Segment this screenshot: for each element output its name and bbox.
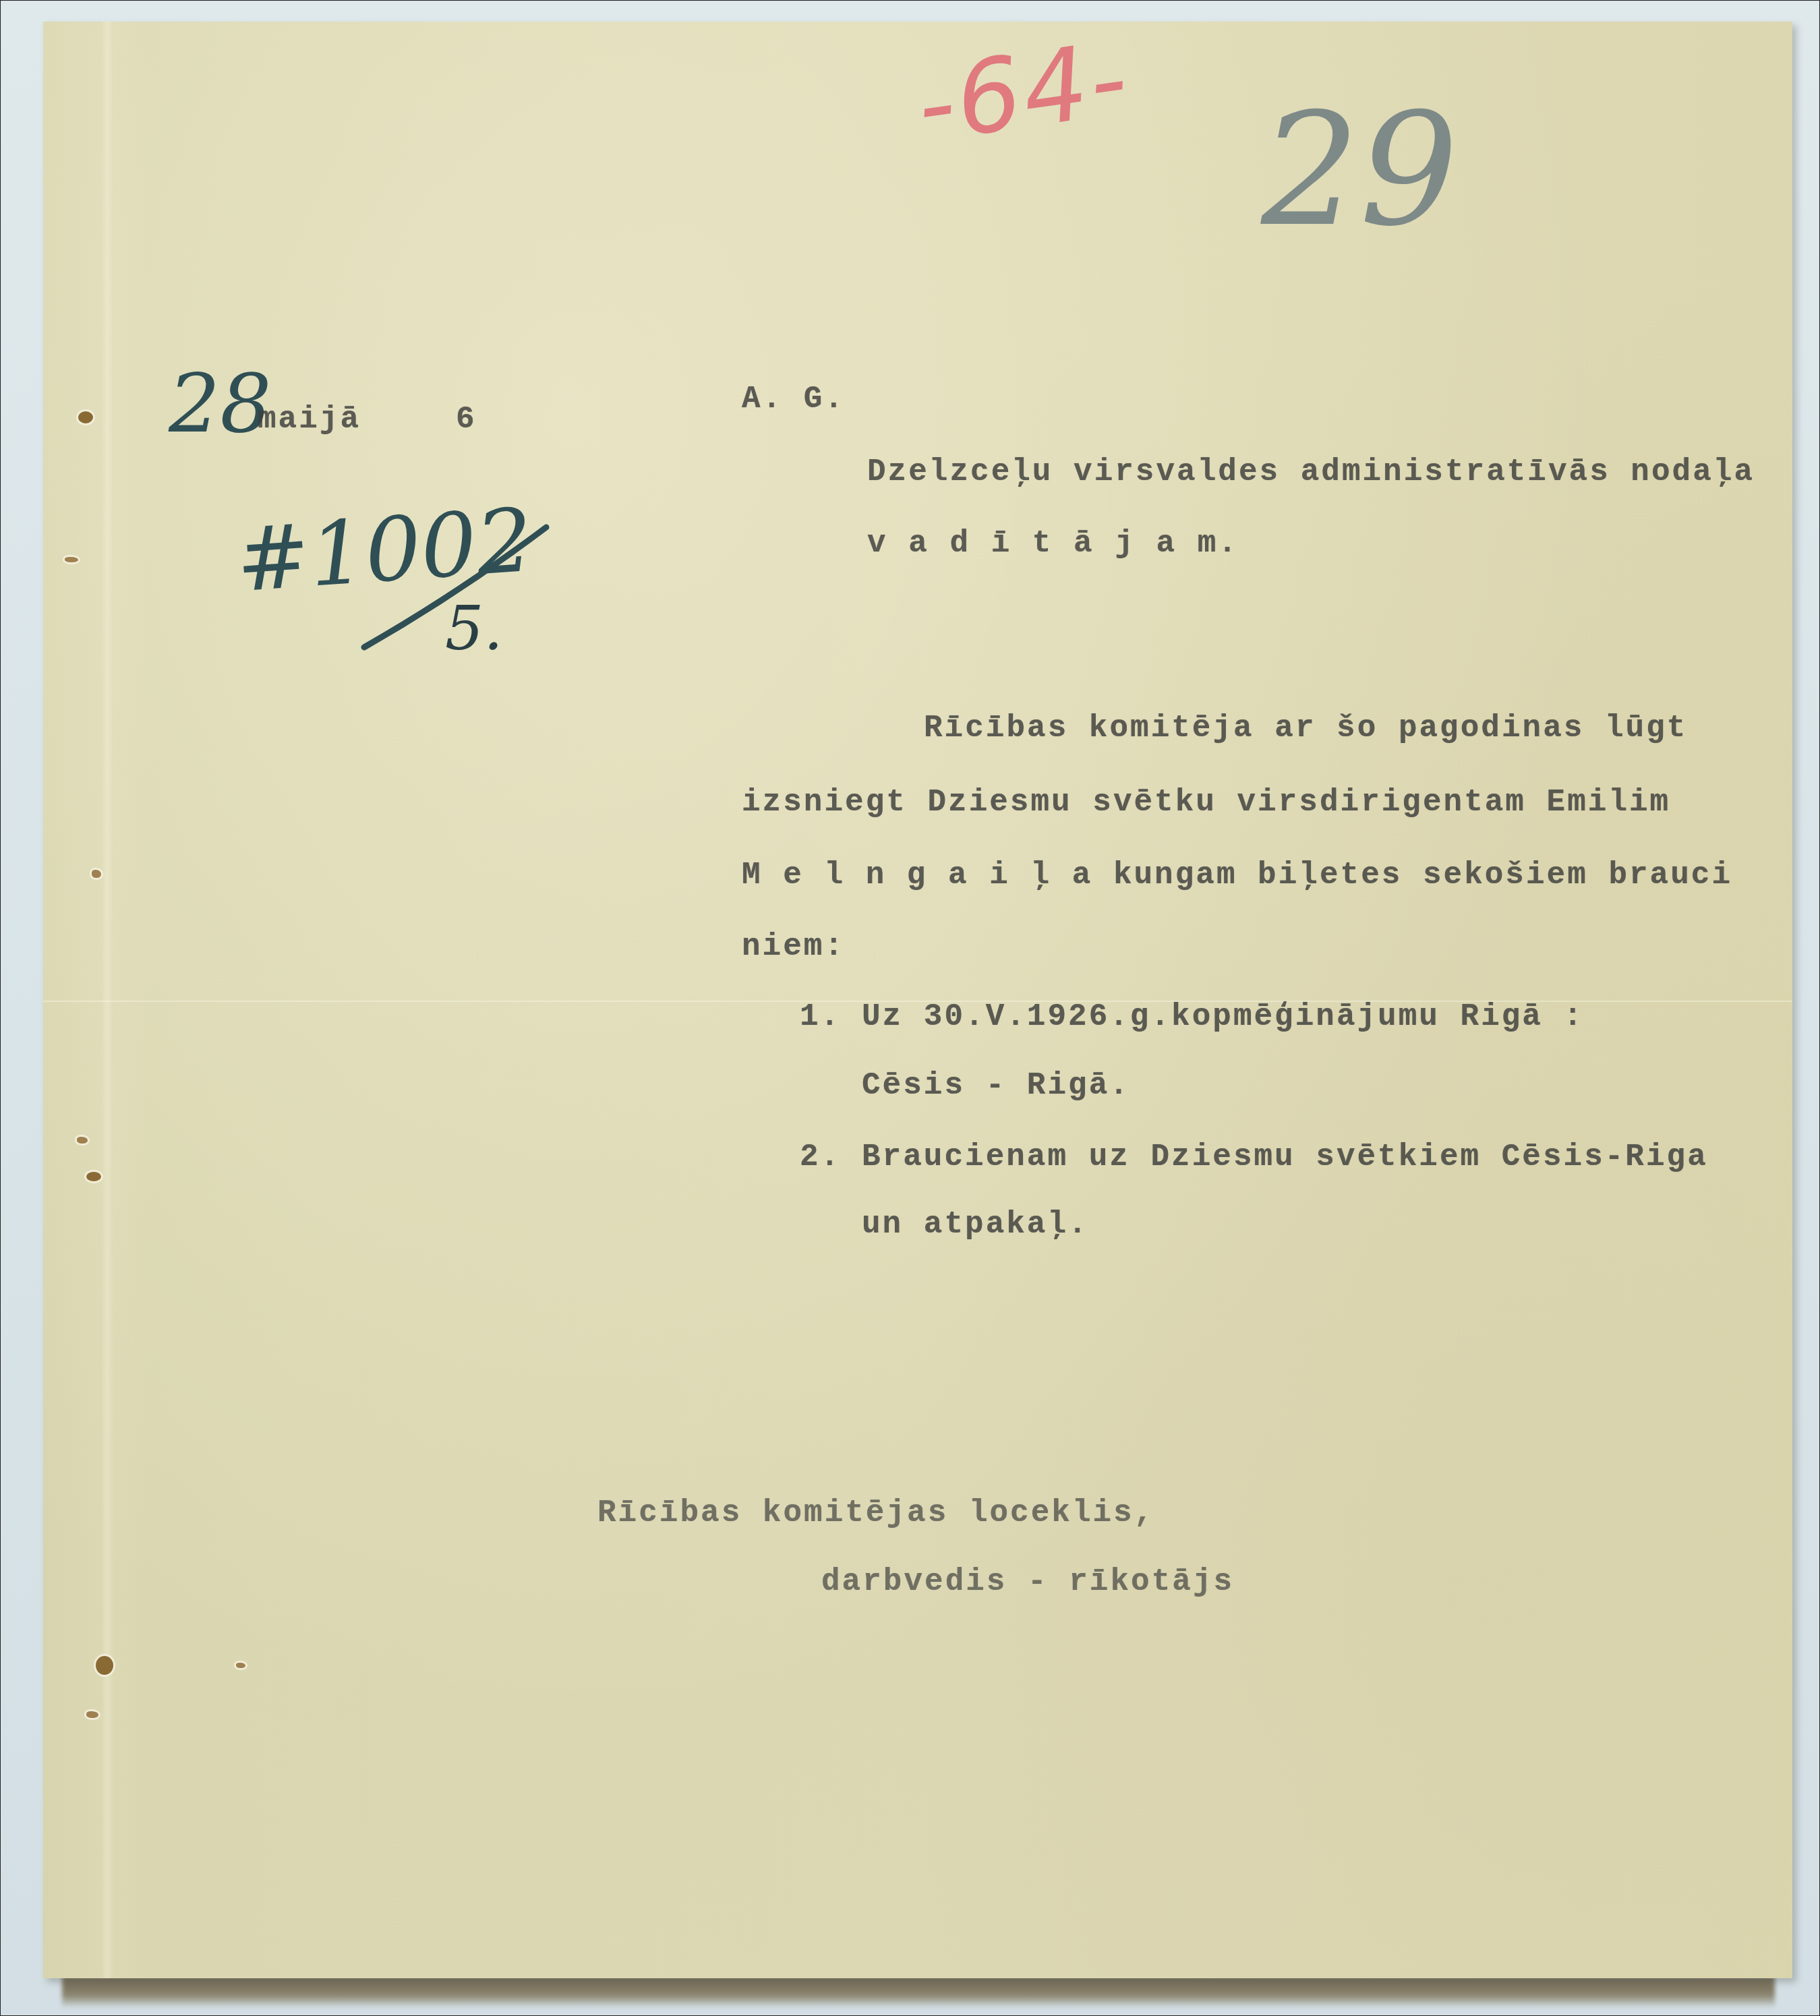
body-line-2: izsniegt Dziesmu svētku virsdirigentam E… — [742, 785, 1670, 820]
addressee-line-2: v a d ī t ā j a m. — [867, 526, 1239, 561]
signature-line-1: Rīcības komitējas loceklis, — [597, 1495, 1154, 1531]
list-item-2-line-1: Braucienam uz Dziesmu svētkiem Cēsis-Rig… — [862, 1139, 1708, 1175]
addressee-line-1: Dzelzceļu virsvaldes administratīvās nod… — [867, 454, 1755, 490]
list-item-1-line-2: Cēsis - Rigā. — [862, 1068, 1130, 1103]
body-line-1: Rīcības komitēja ar šo pagodinas lūgt — [924, 711, 1687, 746]
body-line-3: M e l n g a i ļ a kungam biļetes sekošie… — [742, 858, 1732, 893]
addressee-initials: A. G. — [742, 382, 845, 417]
body-line-4: niem: — [742, 929, 845, 964]
list-item-2-number: 2. — [800, 1139, 841, 1175]
signature-line-2: darbvedis - rīkotājs — [821, 1564, 1234, 1599]
handwritten-fraction-denominator: 5. — [445, 593, 503, 664]
list-item-1-number: 1. — [800, 999, 841, 1034]
list-item-2-line-2: un atpakaļ. — [862, 1207, 1089, 1242]
list-item-1-line-1: Uz 30.V.1926.g.kopmēģinājumu Rigā : — [862, 999, 1584, 1034]
